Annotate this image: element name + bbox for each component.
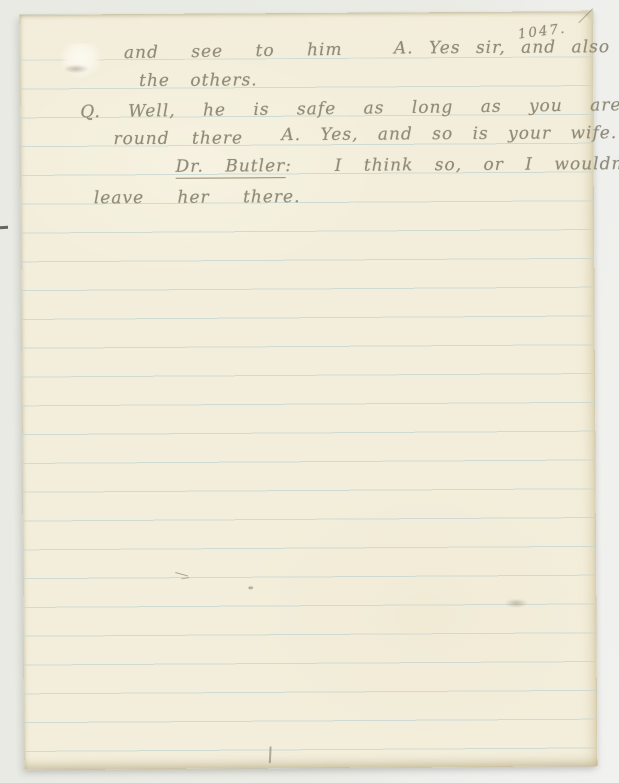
scanner-edge-mark (0, 226, 8, 230)
handwritten-line-4-answer: A. Yes, and so is your wife. (281, 123, 617, 145)
handwritten-line-1-answer: A. Yes sir, and also (394, 37, 610, 58)
handwritten-line-2: the others. (139, 70, 258, 91)
speaker-statement: : I think so, or I wouldn't (285, 154, 619, 176)
pencil-dot-mark (248, 586, 253, 589)
paper-sheet: 1047. and see to him A. Yes sir, and als… (20, 11, 598, 769)
scan-background: { "colors": { "background": "#e8eae3", "… (0, 0, 619, 783)
smudge-mark (65, 64, 89, 73)
paper-crease-mark (269, 746, 272, 763)
handwritten-line-1-question-continued: and see to him (124, 40, 343, 63)
handwritten-line-5-speaker-statement: Dr. Butler: I think so, or I wouldn't (176, 154, 619, 177)
hole-punch (60, 43, 102, 78)
pencil-smudge-mark (504, 599, 528, 608)
speaker-name-underlined: Dr. Butler (176, 156, 286, 179)
ruled-lines (20, 56, 597, 765)
handwritten-line-3-question: Q. Well, he is safe as long as you are (80, 95, 619, 122)
handwritten-line-6: leave her there. (94, 187, 301, 208)
pencil-scribble-mark-2 (181, 577, 189, 579)
pencil-scribble-mark (175, 572, 188, 576)
page-number: 1047. (517, 19, 568, 45)
handwritten-line-4-question-continued: round there (113, 128, 243, 149)
